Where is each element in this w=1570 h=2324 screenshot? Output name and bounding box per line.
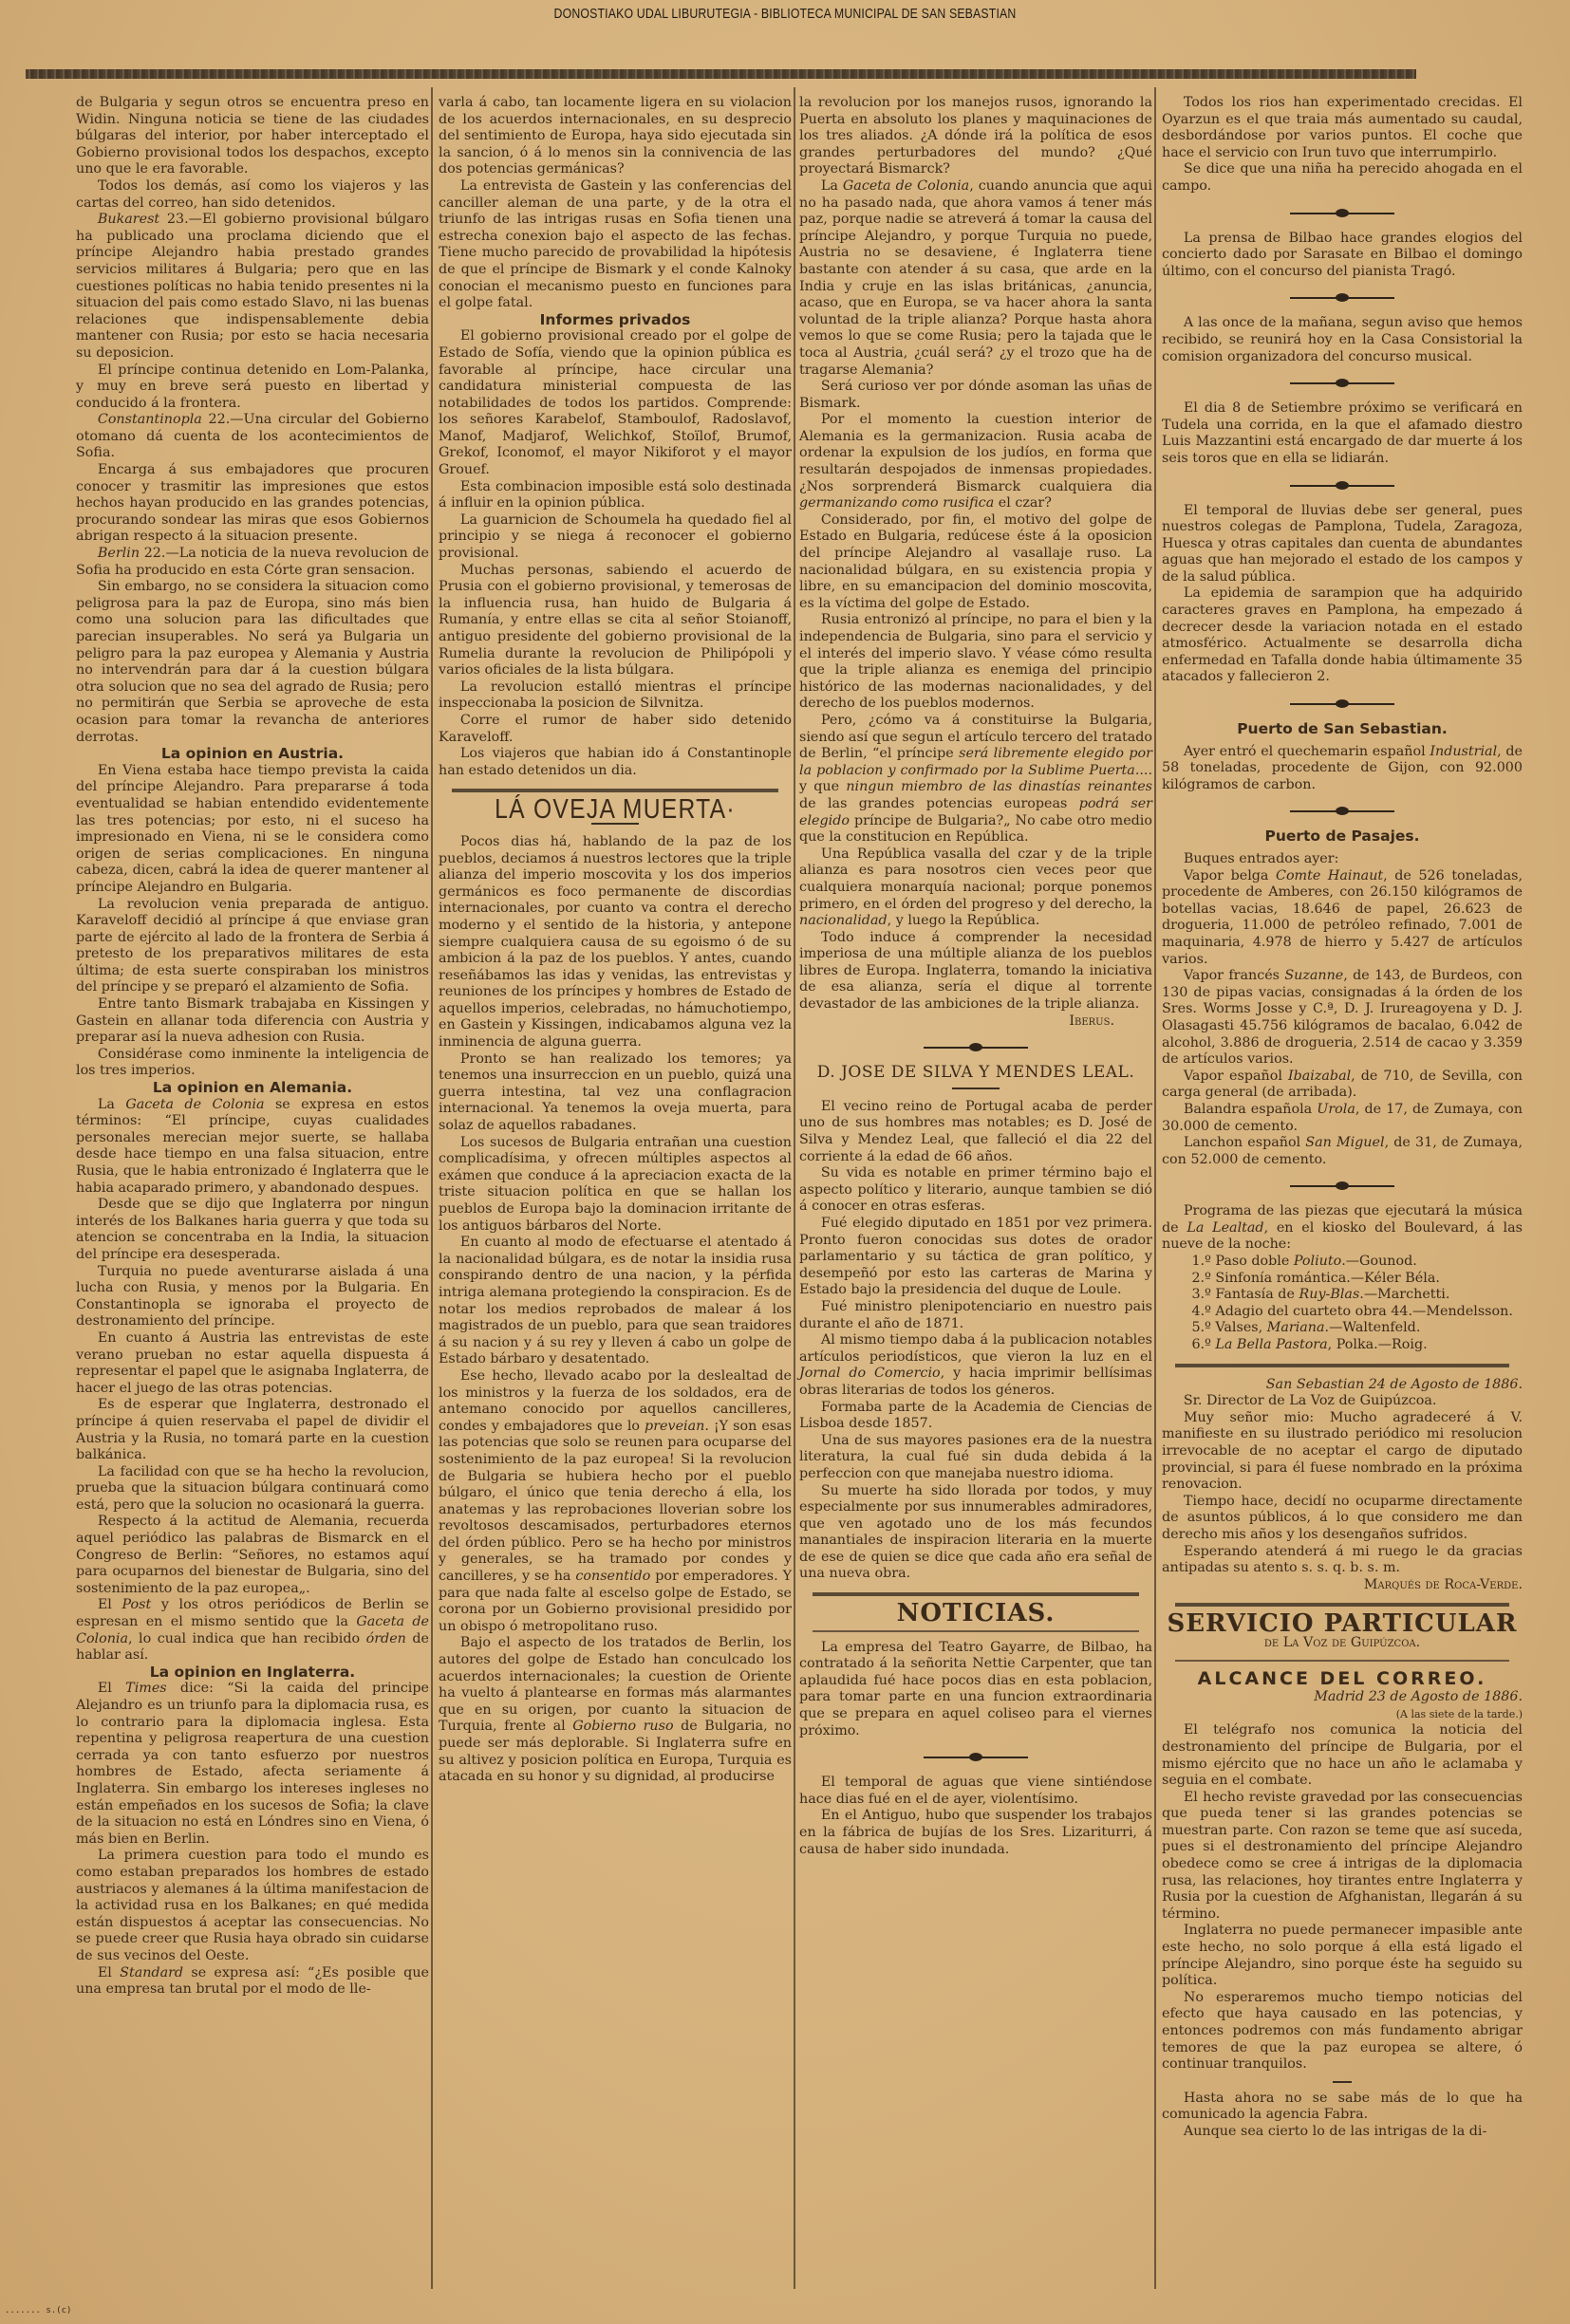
paragraph: El hecho reviste gravedad por las consec… [1162,1790,1523,1924]
paragraph: Turquia no puede aventurarse aislada á u… [76,1264,429,1330]
section-rule [1175,1660,1509,1662]
paragraph: Los sucesos de Bulgaria entrañan una cue… [439,1135,792,1236]
column-1: de Bulgaria y segun otros se encuentra p… [76,95,429,1999]
section-title-alcance: ALCANCE DEL CORREO. [1162,1671,1523,1688]
paragraph: La empresa del Teatro Gayarre, de Bilbao… [799,1640,1152,1740]
paragraph: Todos los rios han experimentado crecida… [1162,95,1523,161]
paragraph: Bajo el aspecto de los tratados de Berli… [439,1635,792,1785]
paragraph: La epidemia de sarampion que ha adquirid… [1162,586,1523,686]
paragraph: En cuanto á Austria las entrevistas de e… [76,1330,429,1397]
heading-puerto-pasajes: Puerto de Pasajes. [1162,828,1523,846]
paragraph: Aunque sea cierto lo de las intrigas de … [1162,2124,1523,2141]
program-item: 6.º La Bella Pastora, Polka.—Roig. [1162,1337,1523,1354]
paragraph: La facilidad con que se ha hecho la revo… [76,1464,429,1515]
paragraph: Se dice que una niña ha perecido ahogada… [1162,161,1523,195]
paragraph: Su vida es notable en primer término baj… [799,1165,1152,1216]
column-divider [794,87,795,2289]
heading-alemania: La opinion en Alemania. [76,1080,429,1097]
library-watermark: DONOSTIAKO UDAL LIBURUTEGIA - BIBLIOTECA… [141,6,1429,22]
paragraph: A las once de la mañana, segun aviso que… [1162,315,1523,365]
paragraph: de Bulgaria y segun otros se encuentra p… [76,95,429,178]
paragraph: En Viena estaba hace tiempo prevista la … [76,763,429,897]
masthead-rule [26,69,1416,79]
heading-puerto-san-sebastian: Puerto de San Sebastian. [1162,721,1523,738]
paragraph: Encarga á sus embajadores que procuren c… [76,462,429,546]
paragraph: Sin embargo, no se considera la situacio… [76,579,429,746]
column-3: la revolucion por los manejos rusos, ign… [799,95,1152,1858]
paragraph: Una de sus mayores pasiones era de la nu… [799,1433,1152,1483]
paragraph: La revolucion venia preparada de antiguo… [76,897,429,997]
signature-iberus: Iberus. [799,1013,1152,1031]
paragraph: El temporal de aguas que viene sintiéndo… [799,1775,1152,1808]
ornament-divider [1290,1181,1394,1190]
column-divider [431,87,433,2289]
dispatch-time: (A las siete de la tarde.) [1162,1706,1523,1723]
title-dash [952,1088,1000,1089]
paragraph: Corre el rumor de haber sido detenido Ka… [439,713,792,746]
paragraph: El gobierno provisional creado por el go… [439,328,792,478]
ornament-divider [1290,807,1394,815]
letter-date: San Sebastian 24 de Agosto de 1886. [1162,1377,1523,1394]
ornament-divider [924,1043,1028,1051]
ship-entry: Vapor español Ibaizabal, de 710, de Sevi… [1162,1069,1523,1102]
paragraph: No esperaremos mucho tiempo noticias del… [1162,1990,1523,2073]
paragraph: En el Antiguo, hubo que suspender los tr… [799,1808,1152,1858]
heading-inglaterra: La opinion en Inglaterra. [76,1664,429,1682]
dispatch-date: Madrid 23 de Agosto de 1886. [1162,1689,1523,1706]
paragraph: Considérase como inminente la inteligenc… [76,1047,429,1080]
paragraph: La primera cuestion para todo el mundo e… [76,1848,429,1964]
paragraph: El Post y los otros periódicos de Berlin… [76,1597,429,1664]
paragraph: El temporal de lluvias debe ser general,… [1162,503,1523,586]
article-title-oveja-muerta: LÁ OVEJA MUERTA· [465,802,765,819]
section-title-servicio-particular: SERVICIO PARTICULAR [1162,1616,1523,1633]
paragraph: Muchas personas, sabiendo el acuerdo de … [439,563,792,679]
paragraph: Todo induce á comprender la necesidad im… [799,930,1152,1013]
program-item: 3.º Fantasía de Ruy-Blas.—Marchetti. [1162,1287,1523,1304]
paragraph: El Standard se expresa así: “¿Es posible… [76,1965,429,1999]
program-item: 1.º Paso doble Poliuto.—Gounod. [1162,1254,1523,1271]
letter-addressee: Sr. Director de La Voz de Guipúzcoa. [1162,1393,1523,1410]
ship-entry: Vapor belga Comte Hainaut, de 526 tonela… [1162,868,1523,969]
signature-roca-verde: Marqués de Roca-Verde. [1162,1577,1523,1594]
program-item: 4.º Adagio del cuarteto obra 44.—Mendels… [1162,1304,1523,1321]
paragraph: Hasta ahora no se sabe más de lo que ha … [1162,2091,1523,2124]
paragraph: El príncipe continua detenido en Lom-Pal… [76,363,429,413]
paragraph: La revolucion estalló mientras el prínci… [439,679,792,713]
paragraph: Respecto á la actitud de Alemania, recue… [76,1514,429,1597]
paragraph: Su muerte ha sido llorada por todos, y m… [799,1483,1152,1584]
column-divider [1154,87,1156,2289]
paragraph: Rusia entronizó al príncipe, no para el … [799,612,1152,713]
paragraph: En cuanto al modo de efectuarse el atent… [439,1235,792,1368]
ornament-divider [1290,699,1394,708]
heading-informes-privados: Informes privados [439,312,792,329]
program-item: 5.º Valses, Mariana.—Waltenfeld. [1162,1320,1523,1337]
paragraph: Será curioso ver por dónde asoman las uñ… [799,379,1152,412]
paragraph: Formaba parte de la Academia de Ciencias… [799,1400,1152,1433]
paragraph: Esperando atenderá á mi ruego le da grac… [1162,1544,1523,1577]
paragraph: Tiempo hace, decidí no ocuparme directam… [1162,1494,1523,1544]
paragraph: Una República vasalla del czar y de la t… [799,846,1152,930]
paragraph: Programa de las piezas que ejecutará la … [1162,1203,1523,1254]
program-item: 2.º Sinfonía romántica.—Kéler Béla. [1162,1271,1523,1288]
paragraph: Fué elegido diputado en 1851 por vez pri… [799,1216,1152,1299]
paragraph: Pocos dias há, hablando de la paz de los… [439,834,792,1051]
paragraph: El vecino reino de Portugal acaba de per… [799,1099,1152,1165]
paragraph: Desde que se dijo que Inglaterra por nin… [76,1197,429,1263]
paragraph: Es de esperar que Inglaterra, destronado… [76,1397,429,1463]
heading-austria: La opinion en Austria. [76,746,429,763]
paragraph: Todos los demás, así como los viajeros y… [76,178,429,212]
paragraph: Los viajeros que habian ido á Constantin… [439,746,792,779]
dispatch-constantinopla: Constantinopla 22.—Una circular del Gobi… [76,412,429,462]
paragraph: varla á cabo, tan locamente ligera en su… [439,95,792,178]
paragraph: Inglaterra no puede permanecer impasible… [1162,1923,1523,1989]
column-2: varla á cabo, tan locamente ligera en su… [439,95,792,1786]
paragraph: La entrevista de Gastein y las conferenc… [439,178,792,312]
section-rule [1175,1364,1509,1367]
paragraph: Al mismo tiempo daba á la publicacion no… [799,1332,1152,1399]
ship-entry: Lanchon español San Miguel, de 31, de Zu… [1162,1135,1523,1168]
section-title-noticias: NOTICIAS. [799,1606,1152,1623]
ornament-divider [1290,379,1394,387]
paragraph: Entre tanto Bismark trabajaba en Kissing… [76,996,429,1047]
ornament-divider [1290,481,1394,490]
section-rule [813,1630,1139,1632]
short-dash [1333,2081,1352,2083]
article-title-silva: D. JOSE DE SILVA Y MENDES LEAL. [799,1065,1152,1082]
paragraph: Por el momento la cuestion interior de A… [799,412,1152,512]
ship-entry: Vapor francés Suzanne, de 143, de Burdeo… [1162,968,1523,1069]
paragraph: Buques entrados ayer: [1162,851,1523,868]
paragraph: El Times dice: “Si la caida del principe… [76,1681,429,1848]
paragraph: La Gaceta de Colonia, cuando anuncia que… [799,178,1152,379]
paragraph: Ese hecho, llevado acabo por la deslealt… [439,1368,792,1636]
paragraph: Muy señor mio: Mucho agradeceré á V. man… [1162,1410,1523,1494]
paragraph: La prensa de Bilbao hace grandes elogios… [1162,231,1523,281]
paragraph: La Gaceta de Colonia se expresa en estos… [76,1097,429,1198]
ornament-divider [1290,209,1394,217]
ship-entry: Balandra española Urola, de 17, de Zumay… [1162,1102,1523,1135]
paragraph: Pronto se han realizado los temores; ya … [439,1051,792,1135]
column-4: Todos los rios han experimentado crecida… [1162,95,1523,2141]
paragraph: Ayer entró el quechemarin español Indust… [1162,744,1523,794]
paragraph: Esta combinacion imposible está solo des… [439,479,792,512]
paragraph: El dia 8 de Setiembre próximo se verific… [1162,400,1523,467]
paragraph: Fué ministro plenipotenciario en nuestro… [799,1299,1152,1332]
section-rule [813,1592,1139,1596]
dispatch-bukarest: Bukarest 23.—El gobierno provisional búl… [76,212,429,362]
section-rule [452,789,778,792]
paragraph: El telégrafo nos comunica la noticia del… [1162,1722,1523,1789]
section-rule [1175,1603,1509,1607]
ornament-divider [1290,293,1394,302]
footer-mark: ....... s.(c) [5,2306,71,2315]
paragraph: Pero, ¿cómo va á constituirse la Bulgari… [799,713,1152,846]
paragraph: la revolucion por los manejos rusos, ign… [799,95,1152,178]
paragraph: La guarnicion de Schoumela ha quedado fi… [439,512,792,563]
paragraph: Considerado, por fin, el motivo del golp… [799,512,1152,613]
ornament-divider [924,1753,1028,1761]
dispatch-berlin: Berlin 22.—La noticia de la nueva revolu… [76,546,429,579]
